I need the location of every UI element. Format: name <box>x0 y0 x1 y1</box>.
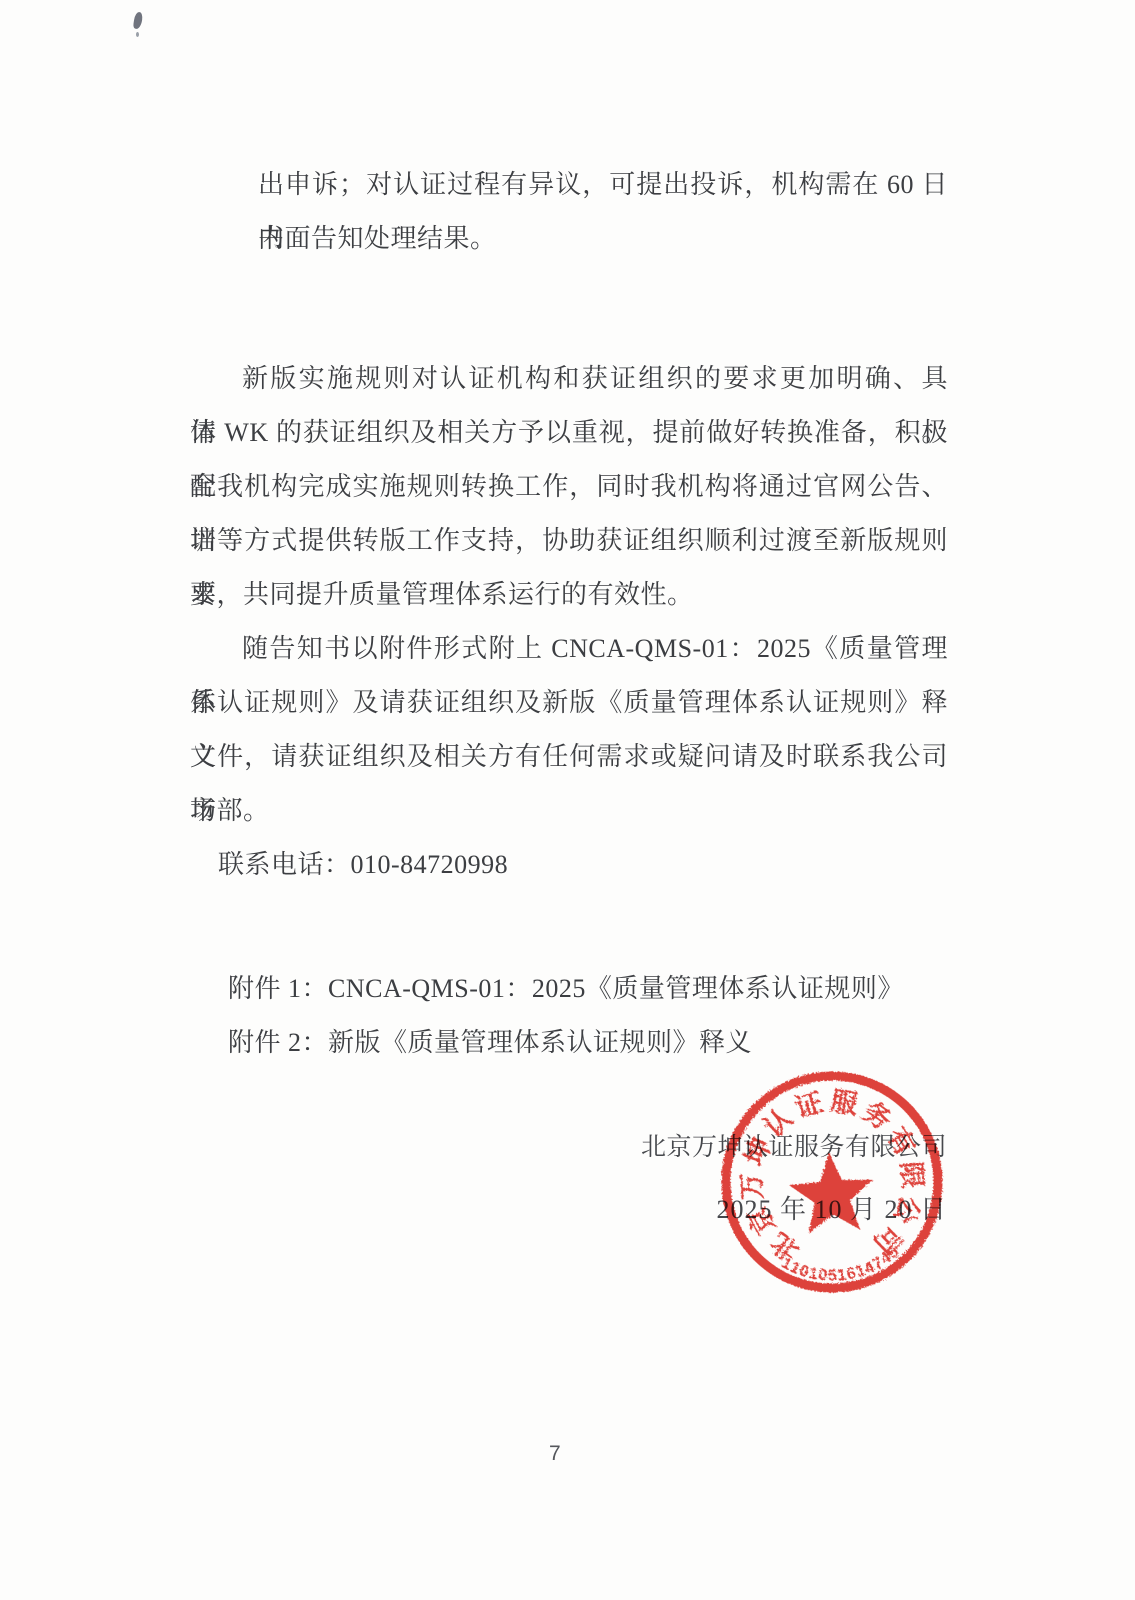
svg-text:1: 1 <box>807 1265 819 1283</box>
page-number: 7 <box>549 1442 561 1466</box>
seal-serial-number: 1101051614745 <box>777 1243 904 1289</box>
attachment-item: 附件 1：CNCA-QMS-01：2025《质量管理体系认证规则》 <box>190 962 948 1016</box>
contact-phone: 联系电话：010-84720998 <box>190 838 948 892</box>
text-line: 系认证规则》及请获证组织及新版《质量管理体系认证规则》释义 <box>190 676 948 730</box>
signature-block: 北京万坤认证服务有限公司 2025 年 10 月 20 日 <box>641 1126 947 1232</box>
text-line: 新版实施规则对认证机构和获证组织的要求更加明确、具体。 <box>190 352 948 406</box>
svg-text:服: 服 <box>829 1086 860 1120</box>
letter-body: 出申诉；对认证过程有异议，可提出投诉，机构需在 60 日内 书面告知处理结果。 … <box>190 158 948 1070</box>
svg-text:5: 5 <box>828 1267 837 1284</box>
scan-artifact-dot <box>136 32 139 37</box>
svg-text:北: 北 <box>765 1227 804 1267</box>
svg-text:证: 证 <box>792 1087 826 1124</box>
text-line: 合我机构完成实施规则转换工作，同时我机构将通过官网公告、培 <box>190 460 948 514</box>
svg-text:1: 1 <box>778 1255 794 1274</box>
paragraph-transition: 新版实施规则对认证机构和获证组织的要求更加明确、具体。 请 WK 的获证组织及相… <box>190 352 948 622</box>
attachment-list: 附件 1：CNCA-QMS-01：2025《质量管理体系认证规则》 附件 2：新… <box>190 962 948 1070</box>
svg-text:1: 1 <box>837 1267 848 1285</box>
svg-text:4: 4 <box>878 1249 895 1268</box>
svg-text:1: 1 <box>854 1262 868 1281</box>
text-line: 随告知书以附件形式附上 CNCA-QMS-01：2025《质量管理体 <box>190 622 948 676</box>
svg-text:0: 0 <box>817 1267 828 1285</box>
text-line: 出申诉；对认证过程有异议，可提出投诉，机构需在 60 日内 <box>258 158 948 212</box>
paragraph-attachment-note: 随告知书以附件形式附上 CNCA-QMS-01：2025《质量管理体 系认证规则… <box>190 622 948 838</box>
text-line: 训等方式提供转版工作支持，协助获证组织顺利过渡至新版规则要 <box>190 514 948 568</box>
svg-text:6: 6 <box>845 1265 857 1283</box>
text-line: 求，共同提升质量管理体系运行的有效性。 <box>190 568 948 622</box>
svg-text:4: 4 <box>862 1259 877 1278</box>
document-page: 出申诉；对认证过程有异议，可提出投诉，机构需在 60 日内 书面告知处理结果。 … <box>0 0 1135 1600</box>
attachment-item: 附件 2：新版《质量管理体系认证规则》释义 <box>190 1016 948 1070</box>
svg-text:0: 0 <box>797 1262 811 1281</box>
signature-company: 北京万坤认证服务有限公司 <box>641 1126 947 1170</box>
scan-artifact <box>133 12 143 30</box>
text-line: 书面告知处理结果。 <box>258 212 948 266</box>
text-line: 场部。 <box>190 784 948 838</box>
paragraph-appeal: 出申诉；对认证过程有异议，可提出投诉，机构需在 60 日内 书面告知处理结果。 <box>190 158 948 266</box>
svg-text:5: 5 <box>885 1244 903 1263</box>
signature-date: 2025 年 10 月 20 日 <box>641 1188 947 1232</box>
text-line: 请 WK 的获证组织及相关方予以重视，提前做好转换准备，积极配 <box>190 406 948 460</box>
svg-text:1: 1 <box>788 1259 803 1278</box>
svg-text:7: 7 <box>870 1254 886 1273</box>
text-line: 文件，请获证组织及相关方有任何需求或疑问请及时联系我公司市 <box>190 730 948 784</box>
